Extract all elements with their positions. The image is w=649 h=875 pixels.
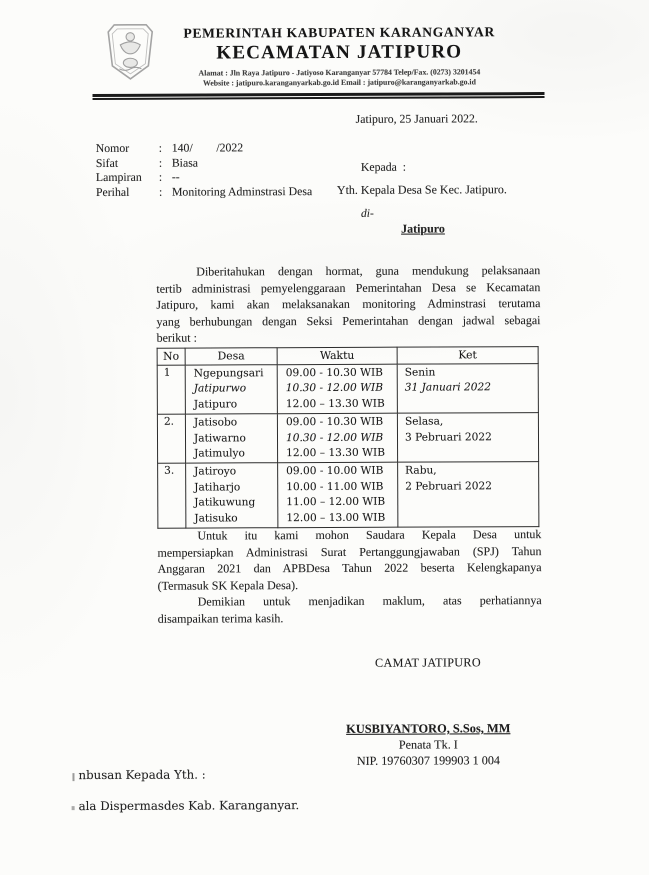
meta-value: -- xyxy=(172,170,180,185)
cell-line: 10.30 - 12.00 WIB xyxy=(286,381,397,397)
meta-label: Nomor xyxy=(96,141,159,156)
paragraph-line: Jatipuro, kami akan melaksanakan monitor… xyxy=(156,295,540,313)
column-header: Desa xyxy=(185,348,277,365)
cell-ket: Rabu,2 Pebruari 2022 xyxy=(398,462,539,527)
paragraph-line: yang berhubungan dengan Seksi Pemerintah… xyxy=(156,312,540,330)
meta-label: Sifat xyxy=(96,155,159,170)
schedule-table: NoDesaWaktuKet 1NgepungsariJatipurwoJati… xyxy=(157,346,540,529)
scan-artifact xyxy=(72,806,75,810)
letterhead-rule xyxy=(92,92,544,99)
cell-line: Jatiwarno xyxy=(194,431,277,447)
recipient-di-label: di- xyxy=(361,208,374,220)
cc-item: ala Dispermasdes Kab. Karanganyar. xyxy=(79,798,300,813)
cell-line: 12.00 – 13.00 WIB xyxy=(286,510,397,526)
signature-rank: Penata Tk. I xyxy=(334,737,522,753)
column-header: No xyxy=(157,348,185,365)
column-header: Ket xyxy=(397,347,538,365)
cell-desa: JatisoboJatiwarnoJatimulyo xyxy=(185,414,277,464)
paragraph-line: Untuk itu kami mohon Saudara Kepala Desa… xyxy=(157,526,541,544)
cell-line: Jatikuwung xyxy=(194,495,277,511)
cell-line: 09.00 - 10.00 WIB xyxy=(286,464,397,480)
letterhead: PEMERINTAH KABUPATEN KARANGANYAR KECAMAT… xyxy=(116,24,562,88)
meta-colon: : xyxy=(159,141,172,156)
cell-ket: Senin31 Januari 2022 xyxy=(397,364,538,414)
meta-value: Biasa xyxy=(172,155,198,170)
meta-row: Perihal:Monitoring Adminstrasi Desa xyxy=(96,184,312,200)
paragraph-opening: Diberitahukan dengan hormat, guna menduk… xyxy=(156,262,540,347)
cell-line: Jatisuko xyxy=(194,511,277,527)
signature-name: KUSBIYANTORO, S.Sos, MM xyxy=(334,721,522,737)
cell-waktu: 09.00 - 10.00 WIB10.00 - 11.00 WIB11.00 … xyxy=(278,463,398,528)
paragraph-closing: Demikian untuk menjadikan maklum, atas p… xyxy=(158,592,542,627)
cell-line: Rabu, xyxy=(405,464,538,480)
cell-line: Senin xyxy=(405,365,538,381)
meta-value: Monitoring Adminstrasi Desa xyxy=(172,184,312,199)
cell-line: Jatimulyo xyxy=(194,446,277,462)
signature-nip: NIP. 19760307 199903 1 004 xyxy=(334,753,522,769)
paragraph-line: Diberitahukan dengan hormat, guna menduk… xyxy=(156,262,540,280)
schedule-table-head-row: NoDesaWaktuKet xyxy=(157,347,538,366)
meta-label: Perihal xyxy=(96,185,159,200)
signature-block: CAMAT JATIPURO KUSBIYANTORO, S.Sos, MM P… xyxy=(334,655,522,769)
cc-heading: nbusan Kepada Yth. : xyxy=(78,768,205,783)
meta-row: Sifat:Biasa xyxy=(96,155,312,171)
letterhead-government: PEMERINTAH KABUPATEN KARANGANYAR xyxy=(116,24,562,42)
meta-row: Nomor:140/ /2022 xyxy=(96,140,312,156)
column-header: Waktu xyxy=(277,347,397,365)
cell-line: 11.00 – 12.00 WIB xyxy=(286,495,397,511)
cell-line: 12.00 – 13.30 WIB xyxy=(286,396,397,412)
cell-waktu: 09.00 - 10.30 WIB10.30 - 12.00 WIB12.00 … xyxy=(277,364,397,414)
cell-line: Jatipurwo xyxy=(194,382,277,398)
cell-line: 09.00 - 10.30 WIB xyxy=(286,366,397,382)
cell-desa: JatiroyoJatiharjoJatikuwungJatisuko xyxy=(186,463,278,528)
cell-no: 2. xyxy=(157,414,185,463)
letterhead-website: Website : jatipuro.karanganyarkab.go.id … xyxy=(116,77,562,88)
cell-no: 1 xyxy=(157,365,185,414)
cell-line: 2 Pebruari 2022 xyxy=(405,479,538,495)
meta-colon: : xyxy=(159,155,172,170)
cell-line: Jatiharjo xyxy=(194,480,277,496)
cell-line: Jatisobo xyxy=(194,415,277,431)
paragraph-line: Anggaran 2021 dan APBDesa Tahun 2022 bes… xyxy=(158,559,542,577)
signature-title: CAMAT JATIPURO xyxy=(334,655,522,671)
paragraph-line: Demikian untuk menjadikan maklum, atas p… xyxy=(158,592,542,610)
scan-artifact xyxy=(72,773,74,781)
cell-ket: Selasa,3 Pebruari 2022 xyxy=(397,413,538,463)
recipient-place: Jatipuro xyxy=(401,221,445,236)
cell-line: 12.00 – 13.30 WIB xyxy=(286,446,397,462)
dateline: Jatipuro, 25 Januari 2022. xyxy=(356,111,478,127)
paragraph-line: tertib administrasi pemyelenggaraan Peme… xyxy=(156,279,540,297)
paragraph-line: berikut : xyxy=(157,328,541,346)
cell-line: 09.00 - 10.30 WIB xyxy=(286,415,397,431)
table-row: 1NgepungsariJatipurwoJatipuro09.00 - 10.… xyxy=(157,364,538,415)
table-row: 2.JatisoboJatiwarnoJatimulyo09.00 - 10.3… xyxy=(157,413,538,464)
letterhead-office: KECAMATAN JATIPURO xyxy=(116,41,562,65)
table-row: 3.JatiroyoJatiharjoJatikuwungJatisuko09.… xyxy=(158,462,539,528)
meta-row: Lampiran:-- xyxy=(96,169,312,185)
letterhead-rule-thin xyxy=(93,96,545,99)
meta-colon: : xyxy=(159,170,172,185)
meta-colon: : xyxy=(159,184,172,199)
paragraph-request: Untuk itu kami mohon Saudara Kepala Desa… xyxy=(157,526,541,594)
scan-content: PEMERINTAH KABUPATEN KARANGANYAR KECAMAT… xyxy=(0,0,649,875)
schedule-table-body: 1NgepungsariJatipurwoJatipuro09.00 - 10.… xyxy=(157,364,539,529)
meta-label: Lampiran xyxy=(96,170,159,185)
cell-line: Jatipuro xyxy=(194,397,277,413)
meta-block: Nomor:140/ /2022Sifat:BiasaLampiran:--Pe… xyxy=(96,140,313,199)
cell-desa: NgepungsariJatipurwoJatipuro xyxy=(185,365,277,415)
cell-line: 10.00 - 11.00 WIB xyxy=(286,480,397,496)
meta-value: 140/ /2022 xyxy=(172,140,244,155)
cell-line: Selasa, xyxy=(405,414,538,430)
cell-line: 31 Januari 2022 xyxy=(405,380,538,396)
paragraph-line: mempersiapkan Administrasi Surat Pertang… xyxy=(157,543,541,561)
scanned-letter-page: PEMERINTAH KABUPATEN KARANGANYAR KECAMAT… xyxy=(0,0,649,875)
paragraph-line: disampaikan terima kasih. xyxy=(158,609,542,627)
recipient-addressee: Yth. Kepala Desa Se Kec. Jatipuro. xyxy=(337,182,507,198)
recipient-kepada-label: Kepada : xyxy=(361,160,406,175)
cell-line: Jatiroyo xyxy=(194,465,277,481)
cell-line: 10.30 - 12.00 WIB xyxy=(286,430,397,446)
cell-line: 3 Pebruari 2022 xyxy=(405,430,538,446)
cell-no: 3. xyxy=(158,464,186,529)
cell-line: Ngepungsari xyxy=(194,366,277,382)
cell-waktu: 09.00 - 10.30 WIB10.30 - 12.00 WIB12.00 … xyxy=(277,413,397,463)
